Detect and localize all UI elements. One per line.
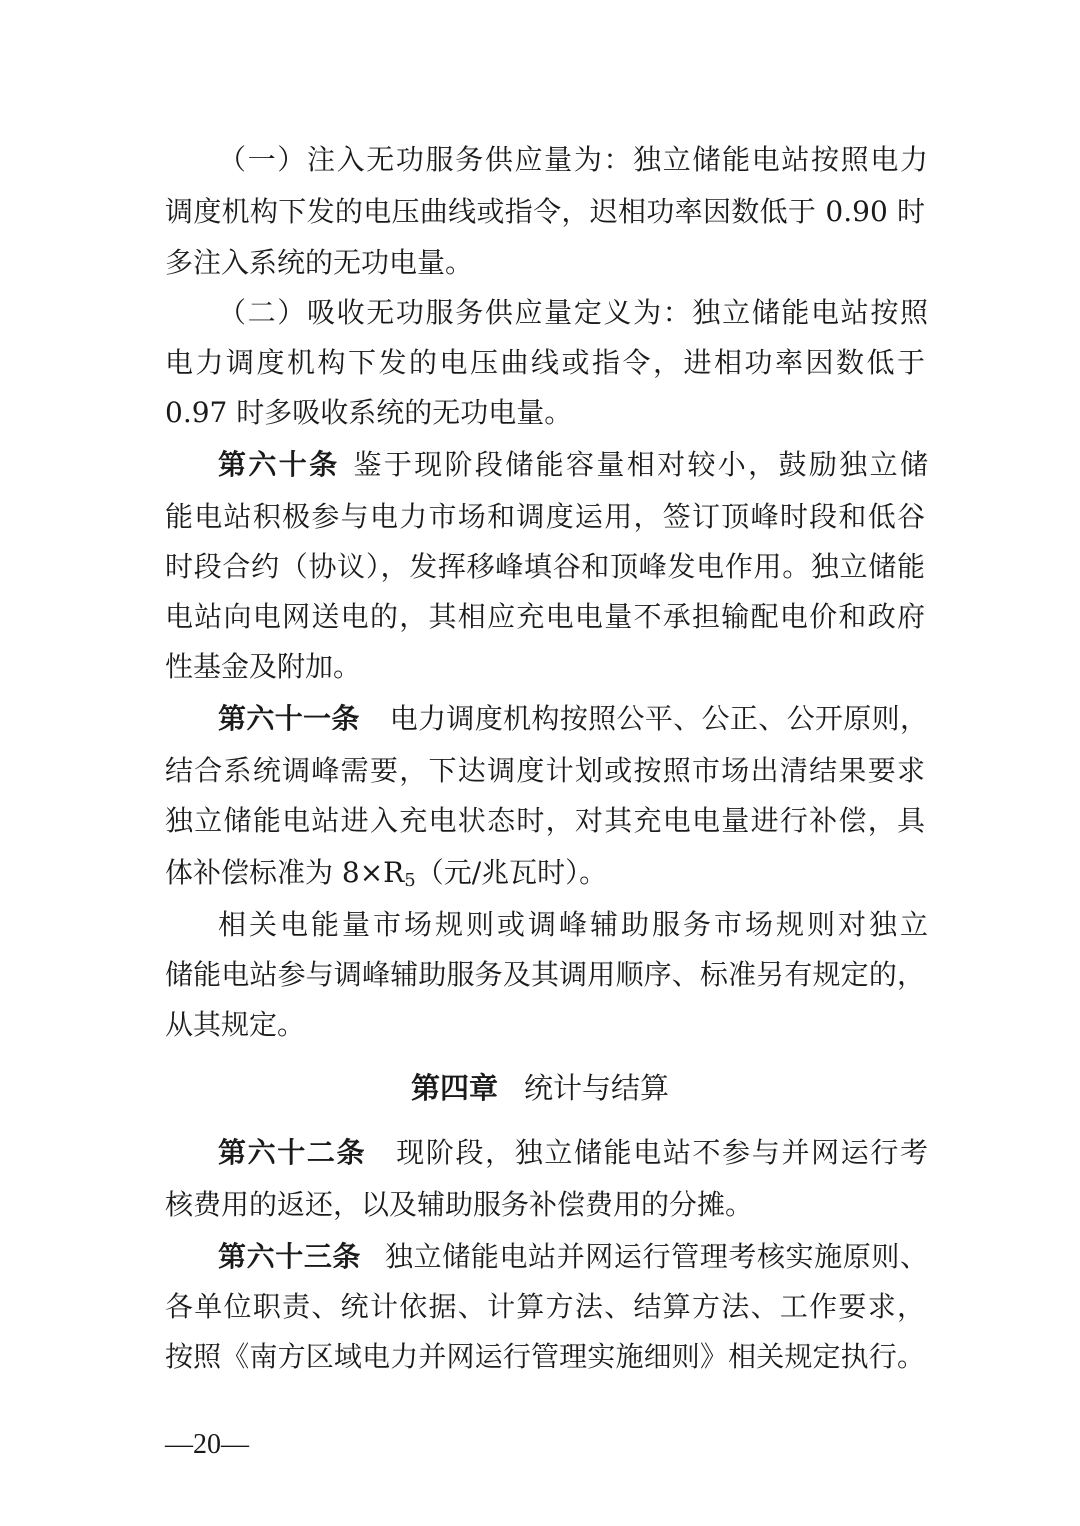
article-label: 第六十二条 [218,1136,366,1169]
text-line: 时段合约（协议），发挥移峰填谷和顶峰发电作用。独立储能 [165,547,925,587]
text-line: 能电站积极参与电力市场和调度运用，签订顶峰时段和低谷 [165,497,925,537]
text-line: 按照《南方区域电力并网运行管理实施细则》相关规定执行。 [165,1337,925,1377]
text-line: 多注入系统的无功电量。 [165,243,925,283]
text-line: 调度机构下发的电压曲线或指令，迟相功率因数低于 0.90 时 [165,192,925,232]
text-line: 第六十三条独立储能电站并网运行管理考核实施原则、 [218,1237,928,1277]
article-text: 现阶段，独立储能电站不参与并网运行考 [396,1136,928,1169]
text-line: 相关电能量市场规则或调峰辅助服务市场规则对独立 [218,905,928,945]
text-line: 核费用的返还，以及辅助服务补偿费用的分摊。 [165,1185,925,1225]
formula-subscript: 5 [404,870,415,891]
text-line: 结合系统调峰需要，下达调度计划或按照市场出清结果要求 [165,751,925,791]
compensation-unit: （元/兆瓦时）。 [416,856,607,889]
text-line: 电力调度机构下发的电压曲线或指令，进相功率因数低于 [165,343,925,383]
text-line: 储能电站参与调峰辅助服务及其调用顺序、标准另有规定的， [165,955,925,995]
text-line: （二）吸收无功服务供应量定义为：独立储能电站按照 [218,293,928,333]
text-line: 体补偿标准为 8×R5（元/兆瓦时）。 [165,853,925,893]
chapter-heading: 第四章统计与结算 [0,1068,1080,1108]
chapter-title: 统计与结算 [524,1071,669,1105]
article-text: 独立储能电站并网运行管理考核实施原则、 [385,1240,928,1273]
text-line: 独立储能电站进入充电状态时，对其充电电量进行补偿，具 [165,801,925,841]
chapter-number: 第四章 [411,1071,498,1105]
text-line: 第六十条鉴于现阶段储能容量相对较小，鼓励独立储 [218,445,928,485]
article-text: 鉴于现阶段储能容量相对较小，鼓励独立储 [353,448,928,481]
text-line: 从其规定。 [165,1005,925,1045]
text-line: 电站向电网送电的，其相应充电电量不承担输配电价和政府 [165,597,925,637]
article-text: 电力调度机构按照公平、公正、公开原则， [390,702,928,735]
text-line: 第六十二条现阶段，独立储能电站不参与并网运行考 [218,1133,928,1173]
text-line: 性基金及附加。 [165,647,925,687]
text-line: 第六十一条电力调度机构按照公平、公正、公开原则， [218,699,928,739]
text-line: （一）注入无功服务供应量为：独立储能电站按照电力 [218,140,928,180]
page-number: —20— [165,1425,249,1465]
text-line: 0.97 时多吸收系统的无功电量。 [165,393,925,433]
text-line: 各单位职责、统计依据、计算方法、结算方法、工作要求， [165,1287,925,1327]
compensation-formula: 体补偿标准为 8×R [165,856,404,889]
article-label: 第六十三条 [218,1240,361,1273]
article-label: 第六十一条 [218,702,360,735]
article-label: 第六十条 [218,448,339,481]
